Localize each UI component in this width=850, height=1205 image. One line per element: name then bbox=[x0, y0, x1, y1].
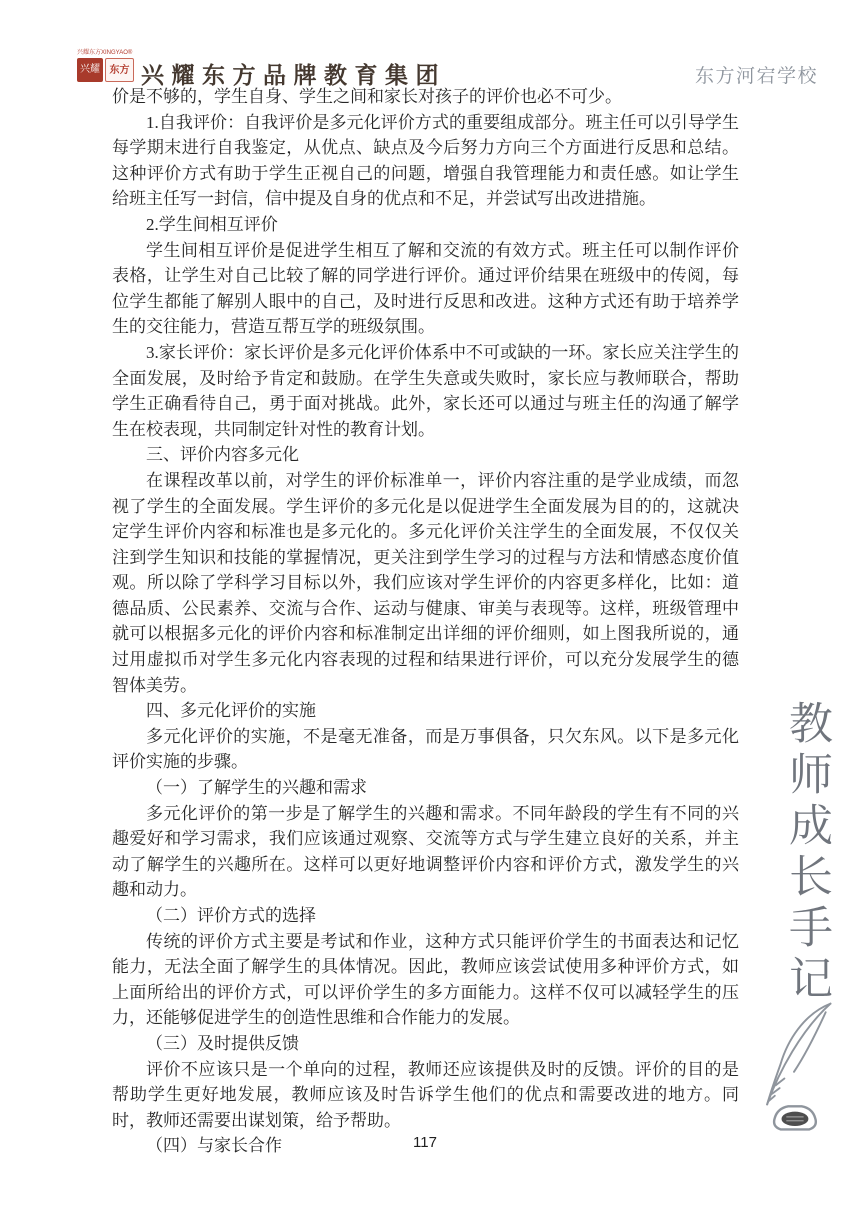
brand-seal-left: 兴耀 bbox=[77, 58, 103, 82]
paragraph: 三、评价内容多元化 bbox=[112, 442, 739, 468]
quill-and-inkwell-icon bbox=[746, 996, 842, 1138]
document-page: 兴耀东方XINGYAO® 兴耀 东方 兴耀东方品牌教育集团 东方河宕学校 价是不… bbox=[0, 0, 850, 1205]
brand-logo: 兴耀东方XINGYAO® 兴耀 东方 bbox=[77, 50, 137, 82]
paragraph: （三）及时提供反馈 bbox=[112, 1031, 739, 1057]
paragraph: 1.自我评价：自我评价是多元化评价方式的重要组成部分。班主任可以引导学生每学期末… bbox=[112, 110, 739, 212]
paragraph: 学生间相互评价是促进学生相互了解和交流的有效方式。班主任可以制作评价表格，让学生… bbox=[112, 238, 739, 340]
page-number: 117 bbox=[0, 1134, 850, 1151]
paragraph: 3.家长评价：家长评价是多元化评价体系中不可或缺的一环。家长应关注学生的全面发展… bbox=[112, 340, 739, 442]
paragraph: 价是不够的，学生自身、学生之间和家长对孩子的评价也必不可少。 bbox=[112, 84, 739, 110]
paragraph: 四、多元化评价的实施 bbox=[112, 698, 739, 724]
paragraph: （二）评价方式的选择 bbox=[112, 903, 739, 929]
body-paragraphs: 价是不够的，学生自身、学生之间和家长对孩子的评价也必不可少。1.自我评价：自我评… bbox=[112, 84, 739, 1159]
paragraph: 多元化评价的第一步是了解学生的兴趣和需求。不同年龄段的学生有不同的兴趣爱好和学习… bbox=[112, 801, 739, 903]
brand-seal-right: 东方 bbox=[105, 58, 134, 82]
paragraph: 2.学生间相互评价 bbox=[112, 212, 739, 238]
paragraph: （一）了解学生的兴趣和需求 bbox=[112, 775, 739, 801]
paragraph: 评价不应该只是一个单向的过程，教师还应该提供及时的反馈。评价的目的是帮助学生更好… bbox=[112, 1057, 739, 1134]
brand-logo-text: 兴耀东方XINGYAO® bbox=[77, 50, 137, 57]
margin-vertical-title: 教师成长手记 bbox=[784, 700, 828, 1010]
paragraph: 传统的评价方式主要是考试和作业，这种方式只能评价学生的书面表达和记忆能力，无法全… bbox=[112, 929, 739, 1031]
paragraph: 在课程改革以前，对学生的评价标准单一，评价内容注重的是学业成绩，而忽视了学生的全… bbox=[112, 468, 739, 698]
paragraph: 多元化评价的实施，不是毫无准备，而是万事俱备，只欠东风。以下是多元化评价实施的步… bbox=[112, 724, 739, 775]
brand-seal-icon: 兴耀 东方 bbox=[77, 58, 134, 82]
